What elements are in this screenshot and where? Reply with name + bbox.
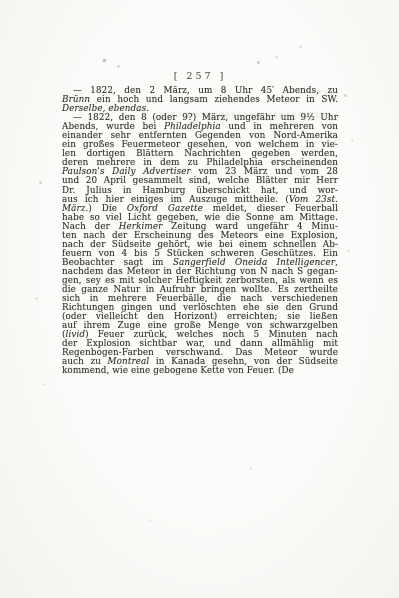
body-text: — 1822, den 2 März, um 8 Uhr 45′ Abends,… [62, 87, 338, 377]
scanned-book-page: [ 257 ] — 1822, den 2 März, um 8 Uhr 45′… [0, 0, 399, 598]
text-line: kommend, wie eine gebogene Kette von Feu… [62, 367, 338, 376]
scan-noise [0, 0, 1, 1]
page-number-header: [ 257 ] [62, 71, 338, 82]
